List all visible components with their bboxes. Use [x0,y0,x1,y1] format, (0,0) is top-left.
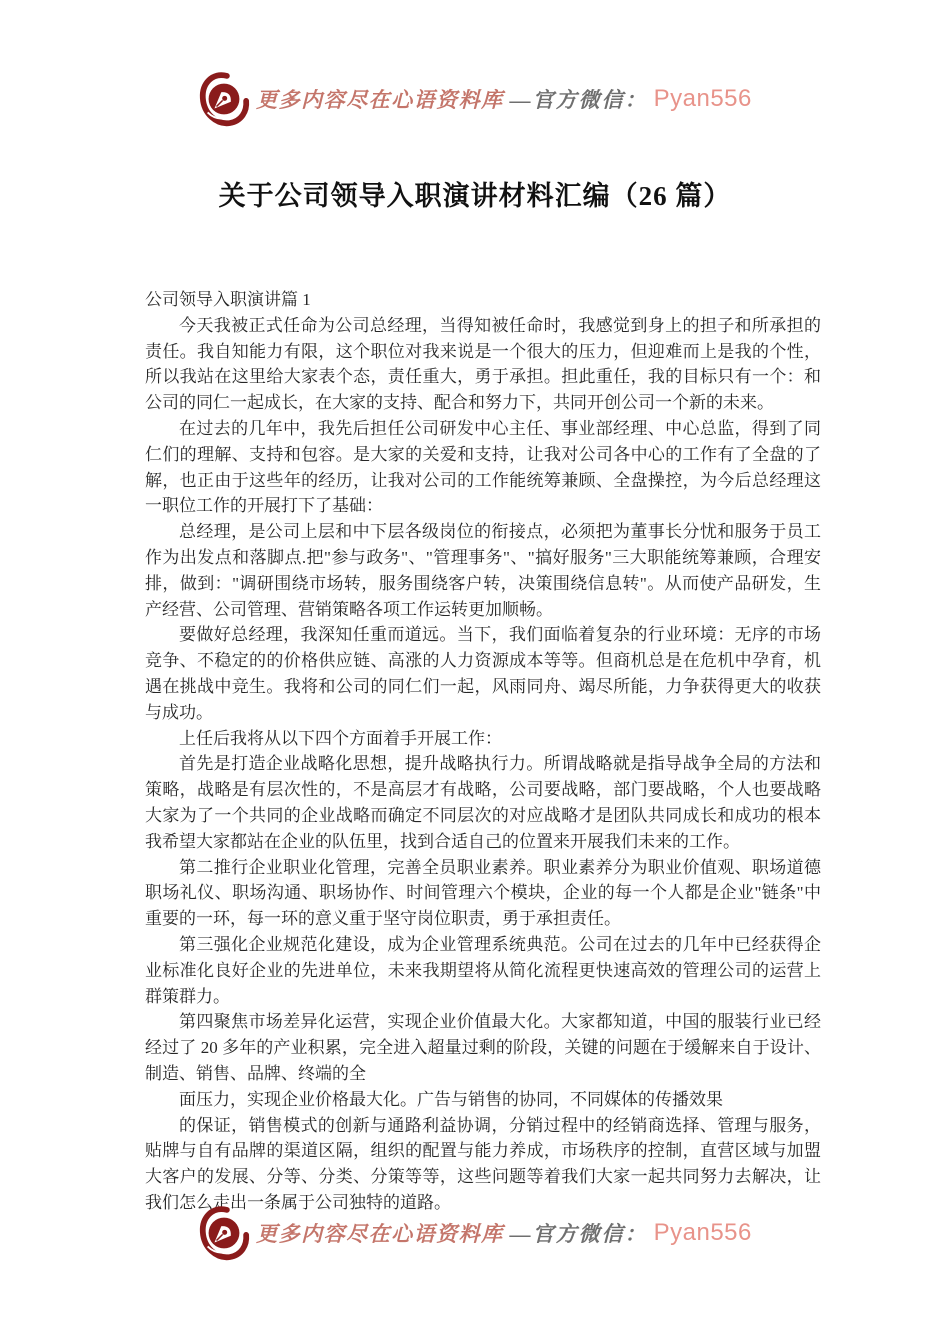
watermark-slogan: 更多内容尽在心语资料库 [256,84,504,114]
document-page: { "watermark": { "slogan": "更多内容尽在心语资料库"… [0,0,950,1344]
body-paragraph: 首先是打造企业战略化思想，提升战略执行力。所谓战略就是指导战争全局的方法和策略，… [145,751,821,854]
paragraph-container: 今天我被正式任命为公司总经理，当得知被任命时，我感觉到身上的担子和所承担的责任。… [145,313,821,1216]
document-body: 公司领导入职演讲篇 1 今天我被正式任命为公司总经理，当得知被任命时，我感觉到身… [145,287,821,1216]
watermark-wechat-id: Pyan556 [654,85,752,113]
body-paragraph: 要做好总经理，我深知任重而道远。当下，我们面临着复杂的行业环境：无序的市场竞争、… [145,622,821,725]
body-paragraph: 第二推行企业职业化管理，完善全员职业素养。职业素养分为职业价值观、职场道德职场礼… [145,855,821,932]
document-title: 关于公司领导入职演讲材料汇编（26 篇） [0,174,950,213]
body-paragraph: 的保证，销售模式的创新与通路利益协调，分销过程中的经销商选择、管理与服务，贴牌与… [145,1113,821,1216]
body-paragraph: 上任后我将从以下四个方面着手开展工作： [145,726,821,752]
footer-watermark: 更多内容尽在心语资料库 —官方微信： Pyan556 [0,1204,950,1262]
watermark-wechat-label: —官方微信： [510,84,648,114]
section-heading: 公司领导入职演讲篇 1 [145,287,821,313]
header-watermark: 更多内容尽在心语资料库 —官方微信： Pyan556 [0,70,950,128]
body-paragraph: 第四聚焦市场差异化运营，实现企业价值最大化。大家都知道，中国的服装行业已经经过了… [145,1009,821,1086]
body-paragraph: 总经理，是公司上层和中下层各级岗位的衔接点，必须把为董事长分忧和服务于员工作为出… [145,519,821,622]
watermark-wechat-id: Pyan556 [654,1219,752,1247]
pen-nib-logo-icon [198,70,250,128]
body-paragraph: 第三强化企业规范化建设，成为企业管理系统典范。公司在过去的几年中已经获得企业标准… [145,932,821,1009]
pen-nib-logo-icon [198,1204,250,1262]
body-paragraph: 在过去的几年中，我先后担任公司研发中心主任、事业部经理、中心总监，得到了同仁们的… [145,416,821,519]
watermark-wechat-label: —官方微信： [510,1218,648,1248]
body-paragraph: 今天我被正式任命为公司总经理，当得知被任命时，我感觉到身上的担子和所承担的责任。… [145,313,821,416]
body-paragraph: 面压力，实现企业价格最大化。广告与销售的协同，不同媒体的传播效果 [145,1087,821,1113]
watermark-slogan: 更多内容尽在心语资料库 [256,1218,504,1248]
